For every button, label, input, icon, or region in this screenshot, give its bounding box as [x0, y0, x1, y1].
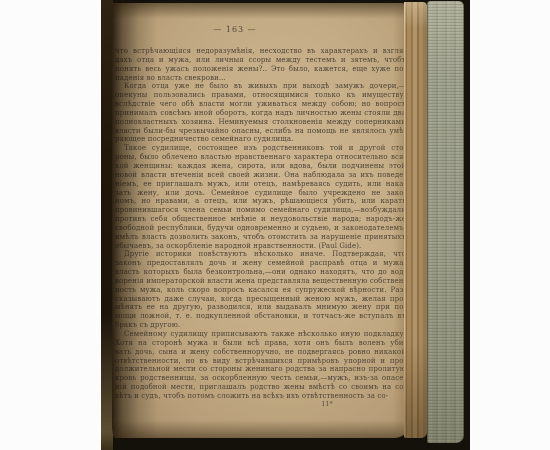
text-line: ніемъ, ее приглашалъ мужъ, или отецъ, на…	[115, 180, 406, 189]
text-line: мѣнять ее на другую, разводился, или выд…	[115, 303, 406, 312]
bottom-shadow-overlay	[112, 420, 407, 438]
text-line: номъ, но нравами, а отецъ, или мужъ, рѣш…	[115, 197, 406, 206]
text-line: ряющее посредничество семейнаго судилища…	[115, 135, 406, 144]
text-line: свободной республики, будучи одновременн…	[115, 224, 406, 233]
text-line: новой власти втеченіи всей своей жизни. …	[115, 171, 406, 180]
text-line: отвѣтственности, но въ виду встрѣчавшихс…	[115, 357, 406, 366]
signature-mark: 11*	[307, 400, 347, 408]
text-line: вать дочь, сына и жену собственноручно, …	[115, 348, 406, 357]
text-line: обычаевъ, за оскорбленіе народной нравст…	[115, 242, 406, 251]
text-line: дахъ отца и мужа, или личныя ссоры между…	[115, 56, 406, 65]
text-line: власти были-бы чрезвычайно опасны, еслиб…	[115, 127, 406, 136]
page-text-block: что встрѣчающіяся недоразумѣнія, несходс…	[115, 47, 406, 401]
text-line: должительной мести со стороны женинаго р…	[115, 365, 406, 374]
text-line: кой женщины: каждая жена, сирота, или вд…	[115, 162, 406, 171]
text-line: воренія императорской власти жена предст…	[115, 277, 406, 286]
photo-background: — 163 — что встрѣчающіяся недоразумѣнія,…	[0, 0, 550, 450]
text-line: Такое судилище, состоящее изъ родственни…	[115, 144, 406, 153]
text-line: кровь родственницы, за оскорбленную чест…	[115, 374, 406, 383]
text-line: провинившагося члена семьи помимо семейн…	[115, 206, 406, 215]
text-line: опекуны пользовались правами, относящими…	[115, 91, 406, 100]
text-line: имѣлъ власть дозволить законъ, чтобъ ото…	[115, 233, 406, 242]
text-line: вѣтъ и судъ, чтобъ потомъ сложить на всѣ…	[115, 392, 406, 401]
book-page: — 163 — что встрѣчающіяся недоразумѣнія,…	[112, 3, 407, 438]
text-line: полновластныхъ хозяина. Неминуемыя столк…	[115, 118, 406, 127]
text-line: ность мужа, коль скоро вопросъ касался е…	[115, 286, 406, 295]
text-line: сказываютъ даже случаи, когда пресыщенны…	[115, 295, 406, 304]
curled-page-edges	[404, 2, 427, 438]
text-line: зать жену, или дочь. Семейное судилище б…	[115, 189, 406, 198]
text-line: Когда отца уже не было въ живыхъ при вых…	[115, 82, 406, 91]
text-line: власть которыхъ была безконтрольна,—они …	[115, 268, 406, 277]
text-line: принималъ совсѣмъ иной оборотъ, когда на…	[115, 109, 406, 118]
text-line: Хотя на сторонѣ мужа и были всѣ права, х…	[115, 339, 406, 348]
text-line: что встрѣчающіяся недоразумѣнія, несходс…	[115, 47, 406, 56]
text-line: мощи ложной, т. е. подкупленной обстанов…	[115, 312, 406, 321]
text-line: паденія во власть свекрови...	[115, 74, 406, 83]
book-block-fore-edge	[427, 1, 464, 443]
book-photo: — 163 — что встрѣчающіяся недоразумѣнія,…	[101, 0, 470, 450]
text-line: Семейному судилищу приписываютъ также нѣ…	[115, 330, 406, 339]
text-line: законъ предоставлялъ дочь и жену семейно…	[115, 259, 406, 268]
gutter-shadow-overlay	[112, 3, 158, 438]
text-line: Другіе историки повѣствуютъ нѣсколько ин…	[115, 250, 406, 259]
text-line: противъ себя общественное мнѣніе и неудо…	[115, 215, 406, 224]
text-line: понять весь ужасъ положенія жены?.. Это …	[115, 65, 406, 74]
text-line: вслѣдствіе чего обѣ власти могли уживать…	[115, 100, 406, 109]
text-line: бракъ съ другою.	[115, 321, 406, 330]
top-shadow-overlay	[112, 3, 407, 19]
text-line: ній подобной мести, приглашалъ родство ж…	[115, 383, 406, 392]
text-line: роны, было облечено властью нравственнаг…	[115, 153, 406, 162]
